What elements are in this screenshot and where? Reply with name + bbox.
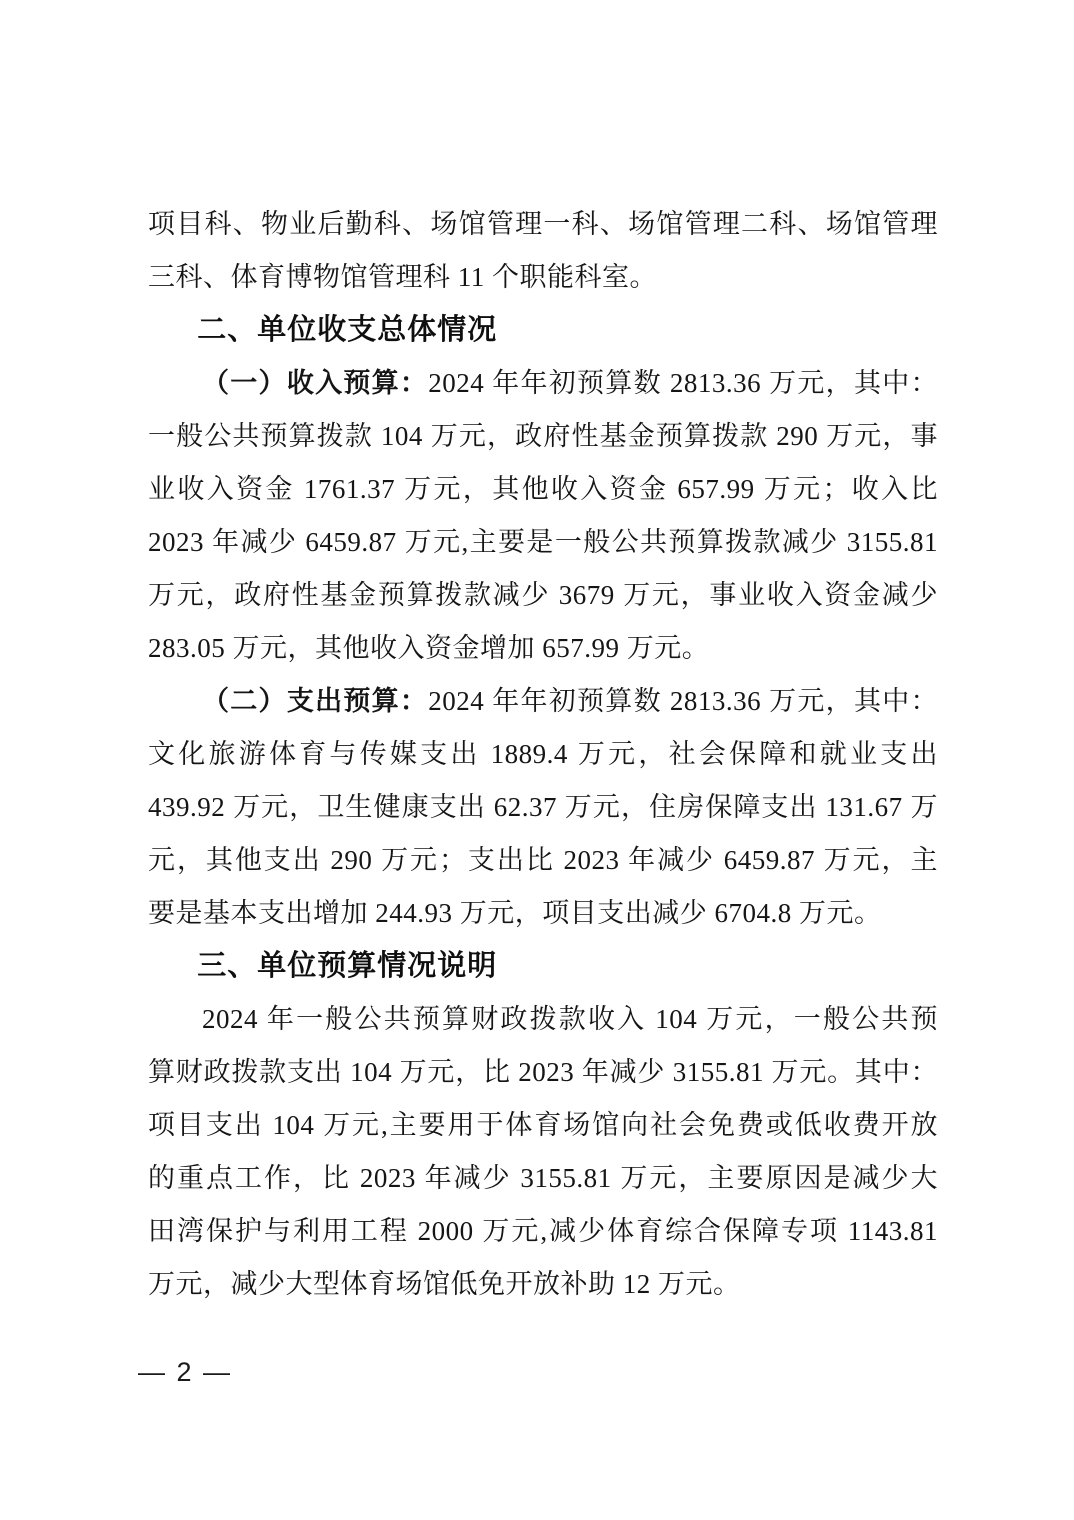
body-text-line: 2024 年一般公共预算财政拨款收入 104 万元，一般公共预 bbox=[148, 993, 938, 1046]
body-text-line: 项目支出 104 万元,主要用于体育场馆向社会免费或低收费开放 bbox=[148, 1099, 938, 1152]
body-text-line: 算财政拨款支出 104 万元，比 2023 年减少 3155.81 万元。其中： bbox=[148, 1046, 938, 1099]
body-text-line: 要是基本支出增加 244.93 万元，项目支出减少 6704.8 万元。 bbox=[148, 887, 938, 940]
body-text-line: 业收入资金 1761.37 万元，其他收入资金 657.99 万元；收入比 bbox=[148, 463, 938, 516]
body-text-line: 283.05 万元，其他收入资金增加 657.99 万元。 bbox=[148, 622, 938, 675]
body-text-line: 项目科、物业后勤科、场馆管理一科、场馆管理二科、场馆管理 bbox=[148, 198, 938, 251]
paragraph-label-expenditure: （二）支出预算： bbox=[202, 686, 428, 716]
body-text-line: 田湾保护与利用工程 2000 万元,减少体育综合保障专项 1143.81 bbox=[148, 1205, 938, 1258]
body-text-line: 万元，减少大型体育场馆低免开放补助 12 万元。 bbox=[148, 1258, 938, 1311]
body-text-line: 2023 年减少 6459.87 万元,主要是一般公共预算拨款减少 3155.8… bbox=[148, 516, 938, 569]
body-text-line: 万元，政府性基金预算拨款减少 3679 万元，事业收入资金减少 bbox=[148, 569, 938, 622]
body-text-line: 439.92 万元，卫生健康支出 62.37 万元，住房保障支出 131.67 … bbox=[148, 781, 938, 834]
body-text-line: （一）收入预算：2024 年年初预算数 2813.36 万元，其中： bbox=[148, 357, 938, 410]
paragraph-label-income: （一）收入预算： bbox=[202, 368, 428, 398]
page-body-text: 项目科、物业后勤科、场馆管理一科、场馆管理二科、场馆管理 三科、体育博物馆管理科… bbox=[148, 198, 938, 1311]
body-text-line: 的重点工作，比 2023 年减少 3155.81 万元，主要原因是减少大 bbox=[148, 1152, 938, 1205]
section-heading-budget-notes: 三、单位预算情况说明 bbox=[148, 940, 938, 993]
page-canvas: 项目科、物业后勤科、场馆管理一科、场馆管理二科、场馆管理 三科、体育博物馆管理科… bbox=[0, 0, 1074, 1520]
document-page: { "intro": { "lines": [ "项目科、物业后勤科、场馆管理一… bbox=[0, 0, 1074, 1520]
body-text-line: 一般公共预算拨款 104 万元，政府性基金预算拨款 290 万元，事 bbox=[148, 410, 938, 463]
page-number: — 2 — bbox=[138, 1352, 232, 1392]
body-text-line: 三科、体育博物馆管理科 11 个职能科室。 bbox=[148, 251, 938, 304]
paragraph-lead-text: 2024 年年初预算数 2813.36 万元，其中： bbox=[428, 686, 938, 716]
body-text-line: 元，其他支出 290 万元；支出比 2023 年减少 6459.87 万元，主 bbox=[148, 834, 938, 887]
body-text-line: （二）支出预算：2024 年年初预算数 2813.36 万元，其中： bbox=[148, 675, 938, 728]
paragraph-lead-text: 2024 年年初预算数 2813.36 万元，其中： bbox=[428, 368, 938, 398]
body-text-line: 文化旅游体育与传媒支出 1889.4 万元，社会保障和就业支出 bbox=[148, 728, 938, 781]
section-heading-overview: 二、单位收支总体情况 bbox=[148, 304, 938, 357]
